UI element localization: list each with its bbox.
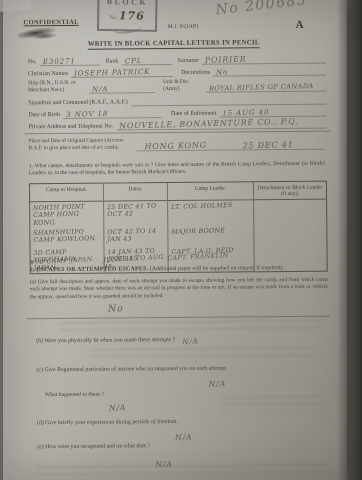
- question-2c-answer: N/A: [209, 373, 227, 391]
- question-2-note: (Additional paper will be supplied on re…: [150, 265, 284, 272]
- decorations-value: No: [216, 67, 228, 76]
- date-of-birth-label: Date of Birth: [28, 112, 63, 119]
- christian-names-label: Christian Names: [28, 71, 71, 78]
- unit-field: ROYAL RIFLES OF CANADA: [206, 82, 326, 92]
- surname-value: POIRIER: [205, 55, 247, 65]
- camp-table-header-dates: Dates.: [104, 183, 168, 202]
- date-of-enlistment-field: 15 AUG 40: [219, 107, 326, 118]
- row-ship-unit: Ship (R.N., U.S.N. or Merchant Navy) N/A…: [28, 78, 326, 94]
- question-2c-text: (c) Give Regimental particulars of anyon…: [37, 366, 228, 374]
- table-row-1-leader: LT. COL HOLMES: [168, 200, 254, 226]
- bleed-through-smudge: [89, 346, 314, 362]
- question-2-title: 2. ESCAPES OR ATTEMPTED ESCAPES.: [30, 266, 149, 273]
- decorations-field: No: [213, 66, 326, 77]
- camp-table-header-camp: Camp or Hospital.: [30, 184, 104, 203]
- question-2b-answer: N/A: [182, 337, 199, 346]
- decorations-label: Decorations: [173, 70, 213, 77]
- row-private-address: Private Address and Telephone No. NOUVEL…: [28, 119, 326, 132]
- bleed-through-smudge: [35, 463, 325, 476]
- rank-field: CPL: [121, 55, 171, 65]
- date-of-birth-field: 3 NOV 18: [63, 108, 161, 119]
- binding-shadow: [337, 0, 362, 480]
- service-no-field: E30271: [40, 56, 100, 67]
- squadron-label: Squadron and Command (R.A.F., A.A.F.): [28, 100, 131, 108]
- table-row-2-dates: OCT 42 TO 14 JAN 43: [104, 226, 168, 247]
- surname-field: POIRIER: [202, 54, 326, 65]
- scanned-pow-questionnaire: CONFIDENTIAL BLOCK No176 M.I. 9/(JAP) No…: [0, 0, 362, 480]
- stamp-number-line: No176: [99, 6, 155, 25]
- camp-table-header-leader: Camp Leader.: [168, 182, 254, 201]
- date-of-enlistment-label: Date of Enlistment: [161, 111, 219, 118]
- private-address-field: NOUVELLE, BONAVENTURE CO., P.Q.: [116, 119, 326, 131]
- table-row-2-leader: MAJOR BOONE: [168, 226, 254, 247]
- capture-place-value: HONG KONG: [144, 141, 207, 152]
- christian-names-value: JOSEPH PATRICK: [74, 67, 151, 78]
- question-2d-answer: N/A: [175, 426, 193, 444]
- corner-letter: A: [295, 19, 303, 31]
- ship-field: N/A: [89, 83, 155, 94]
- bleed-through-smudge: [220, 395, 325, 412]
- question-2b-text: (b) Were you physically fit when you mad…: [36, 334, 199, 344]
- christian-names-field: JOSEPH PATRICK: [71, 67, 173, 78]
- table-row-2-camp: SHAMSHUIPO CAMP KOWLOON.: [30, 227, 104, 248]
- question-1-text: 1. What camps, detachments or hospitals …: [29, 161, 325, 178]
- unit-value: ROYAL RIFLES OF CANADA: [209, 82, 314, 93]
- row-squadron: Squadron and Command (R.A.F., A.A.F.): [28, 96, 326, 108]
- capture-field: HONG KONG 25 DEC 41: [137, 137, 325, 152]
- ship-value: N/A: [92, 84, 109, 93]
- pencil-scribble: [31, 32, 57, 40]
- question-2e-text: (e) How were you recaptured and on what …: [37, 443, 150, 450]
- table-row-2-detachment: [254, 225, 326, 246]
- service-no-value: E30271: [43, 56, 76, 66]
- unit-label: Unit & Div. (Army): [155, 79, 206, 93]
- row-no-rank-surname: No. E30271 Rank CPL Surname POIRIER: [28, 54, 326, 67]
- question-2c2-text: What happened to them ?: [45, 392, 104, 399]
- page-content: CONFIDENTIAL BLOCK No176 M.I. 9/(JAP) No…: [1, 0, 349, 480]
- section-divider: [24, 131, 330, 135]
- table-row-1-detachment: [254, 200, 326, 226]
- question-2-heading: 2. ESCAPES OR ATTEMPTED ESCAPES. (Additi…: [30, 265, 328, 274]
- row-christian-decorations: Christian Names JOSEPH PATRICK Decoratio…: [28, 66, 326, 79]
- bleed-through-smudge: [59, 319, 324, 333]
- surname-label: Surname: [171, 58, 201, 65]
- capture-label: Place and Date of Original Capture (Airc…: [29, 137, 135, 152]
- question-2a-text: (a) Give full description and approx. da…: [30, 277, 328, 302]
- private-address-label: Private Address and Telephone No.: [28, 124, 116, 132]
- question-2c2-answer: N/A: [109, 396, 127, 414]
- form-page: CONFIDENTIAL BLOCK No176 M.I. 9/(JAP) No…: [3, 0, 347, 480]
- form-reference: M.I. 9/(JAP): [168, 24, 199, 30]
- ship-label: Ship (R.N., U.S.N. or Merchant Navy): [28, 80, 89, 94]
- stamp-number: 176: [119, 9, 145, 22]
- table-row-1-camp: NORTH POINT CAMP HONG KONG.: [30, 202, 104, 228]
- date-of-enlistment-value: 15 AUG 40: [222, 107, 269, 117]
- stamp-no-label: No: [109, 15, 116, 21]
- date-of-birth-value: 3 NOV 18: [66, 109, 108, 119]
- service-no-label: No.: [28, 59, 40, 66]
- question-2a-answer: No: [108, 297, 124, 315]
- rank-value: CPL: [124, 56, 142, 65]
- capture-date-value: 25 DEC 41: [243, 140, 294, 150]
- rank-label: Rank: [100, 59, 122, 66]
- handwritten-serial-number: No 200685: [215, 0, 308, 18]
- camp-table-header-detachment: Detachment or Block Leader (if any).: [254, 182, 326, 201]
- question-2d-text: (d) Give briefly your experiences during…: [37, 419, 178, 426]
- table-row-1-dates: 25 DEC 41 TO OCT 42: [104, 201, 168, 227]
- private-address-value: NOUVELLE, BONAVENTURE CO., P.Q.: [119, 117, 298, 131]
- squadron-field: [131, 96, 327, 107]
- form-title: WRITE IN BLOCK CAPITAL LETTERS IN PENCIL: [32, 39, 316, 48]
